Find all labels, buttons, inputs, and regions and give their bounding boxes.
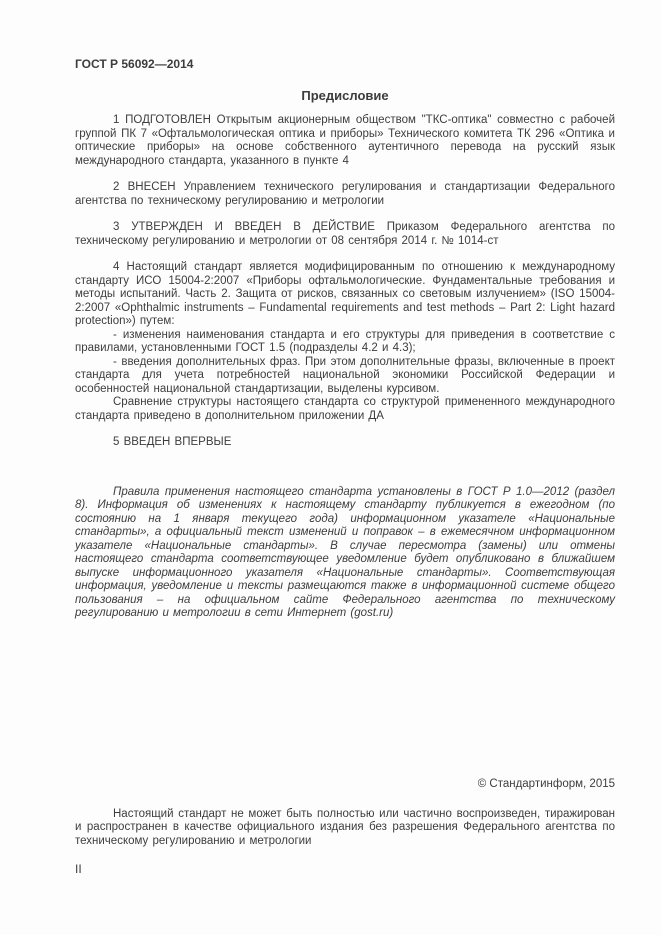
paragraph-3-approved: 3 УТВЕРЖДЕН И ВВЕДЕН В ДЕЙСТВИЕ Приказом… — [75, 221, 615, 248]
page-number: II — [75, 862, 615, 876]
standard-code: ГОСТ Р 56092—2014 — [75, 57, 615, 71]
paragraph-1-prepared: 1 ПОДГОТОВЛЕН Открытым акционерным общес… — [75, 114, 615, 168]
paragraph-2-submitted: 2 ВНЕСЕН Управлением технического регули… — [75, 181, 615, 208]
document-content: ГОСТ Р 56092—2014 Предисловие 1 ПОДГОТОВ… — [75, 57, 615, 621]
page-footer: © Стандартинформ, 2015 Настоящий стандар… — [75, 778, 615, 876]
paragraph-5-introduced-first-time: 5 ВВЕДЕН ВПЕРВЫЕ — [75, 436, 615, 450]
paragraph-4-dash-item-1: - изменения наименования стандарта и его… — [75, 329, 615, 356]
page-title: Предисловие — [75, 88, 615, 103]
paragraph-4-modified-standard: 4 Настоящий стандарт является модифициро… — [75, 261, 615, 329]
document-page: ГОСТ Р 56092—2014 Предисловие 1 ПОДГОТОВ… — [0, 0, 661, 935]
paragraph-application-rules: Правила применения настоящего стандарта … — [75, 486, 615, 621]
paragraph-4-dash-item-2: - введения дополнительных фраз. При этом… — [75, 356, 615, 397]
reproduction-note: Настоящий стандарт не может быть полност… — [75, 808, 615, 849]
copyright-notice: © Стандартинформ, 2015 — [75, 778, 615, 792]
paragraph-4-structure-comparison: Сравнение структуры настоящего стандарта… — [75, 396, 615, 423]
